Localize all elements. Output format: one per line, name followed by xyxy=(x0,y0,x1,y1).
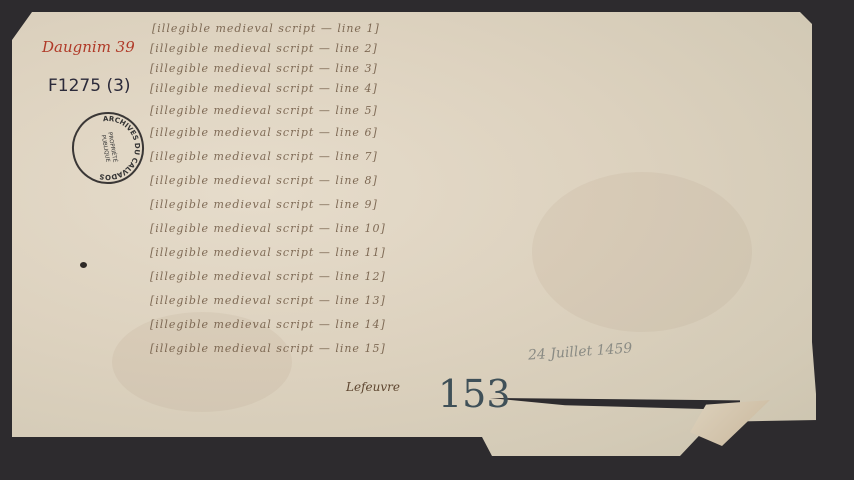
manuscript-line: [illegible medieval script — line 9] xyxy=(150,198,378,211)
archives-stamp: ARCHIVES DU CALVADOS PROPRIÉTÉ PUBLIQUE xyxy=(66,106,149,189)
scribe-signature: Lefeuvre xyxy=(346,380,400,394)
folio-number: 153 xyxy=(438,372,511,416)
manuscript-line: [illegible medieval script — line 3] xyxy=(150,62,378,75)
manuscript-line: [illegible medieval script — line 5] xyxy=(150,104,378,117)
manuscript-line: [illegible medieval script — line 11] xyxy=(150,246,386,259)
manuscript-line: [illegible medieval script — line 10] xyxy=(150,222,386,235)
manuscript-line: [illegible medieval script — line 4] xyxy=(150,82,378,95)
manuscript-line: [illegible medieval script — line 2] xyxy=(150,42,378,55)
shelfmark: F1275 (3) xyxy=(48,76,131,96)
ink-blot xyxy=(80,262,87,268)
svg-text:ARCHIVES DU CALVADOS: ARCHIVES DU CALVADOS xyxy=(88,110,147,183)
manuscript-line: [illegible medieval script — line 8] xyxy=(150,174,378,187)
stain xyxy=(532,172,752,332)
manuscript-line: [illegible medieval script — line 12] xyxy=(150,270,386,283)
manuscript-line: [illegible medieval script — line 7] xyxy=(150,150,378,163)
manuscript-line: [illegible medieval script — line 6] xyxy=(150,126,378,139)
red-archival-note: Daugnim 39 xyxy=(42,38,135,56)
manuscript-line: [illegible medieval script — line 14] xyxy=(150,318,386,331)
stamp-ring-text: ARCHIVES DU CALVADOS xyxy=(66,106,149,189)
manuscript-line: [illegible medieval script — line 15] xyxy=(150,342,386,355)
manuscript-line: [illegible medieval script — line 1] xyxy=(152,22,380,35)
parchment-document xyxy=(12,12,816,456)
manuscript-line: [illegible medieval script — line 13] xyxy=(150,294,386,307)
